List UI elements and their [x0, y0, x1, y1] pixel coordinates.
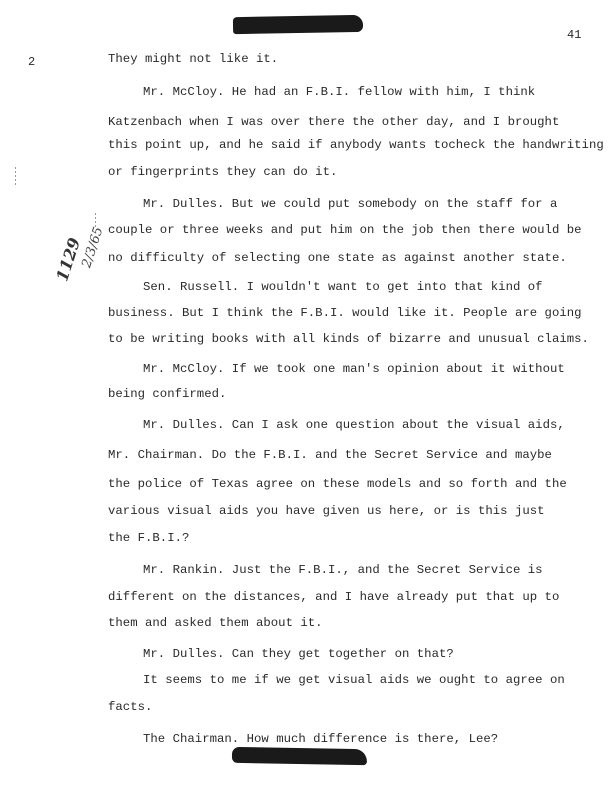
redaction-mark-top — [233, 15, 363, 34]
transcript-line: facts. — [108, 700, 152, 714]
page-number: 41 — [567, 28, 581, 42]
margin-tick — [15, 167, 16, 185]
transcript-line: Mr. Rankin. Just the F.B.I., and the Sec… — [143, 563, 543, 577]
transcript-line: business. But I think the F.B.I. would l… — [108, 306, 582, 320]
transcript-line: Katzenbach when I was over there the oth… — [108, 115, 559, 129]
transcript-line: couple or three weeks and put him on the… — [108, 223, 582, 237]
margin-handwritten-date: 2/3/65 — [79, 225, 106, 269]
transcript-line: Mr. Chairman. Do the F.B.I. and the Secr… — [108, 448, 552, 462]
transcript-line: Mr. Dulles. Can I ask one question about… — [143, 418, 565, 432]
transcript-line: different on the distances, and I have a… — [108, 590, 559, 604]
transcript-line: Mr. Dulles. But we could put somebody on… — [143, 197, 557, 211]
margin-handwritten-number: 1129 — [52, 235, 84, 283]
transcript-line: no difficulty of selecting one state as … — [108, 251, 567, 265]
transcript-line: It seems to me if we get visual aids we … — [143, 673, 565, 687]
transcript-line: to be writing books with all kinds of bi… — [108, 332, 589, 346]
transcript-line: or fingerprints they can do it. — [108, 165, 337, 179]
transcript-line: the F.B.I.? — [108, 531, 189, 545]
transcript-line: Mr. Dulles. Can they get together on tha… — [143, 647, 454, 661]
transcript-line: them and asked them about it. — [108, 616, 323, 630]
transcript-line: being confirmed. — [108, 387, 226, 401]
transcript-line: this point up, and he said if anybody wa… — [108, 138, 604, 152]
transcript-line: They might not like it. — [108, 52, 278, 66]
transcript-line: the police of Texas agree on these model… — [108, 477, 567, 491]
line-marker: 2 — [28, 55, 35, 69]
transcript-line: Mr. McCloy. If we took one man's opinion… — [143, 362, 565, 376]
transcript-line: Mr. McCloy. He had an F.B.I. fellow with… — [143, 85, 535, 99]
transcript-line: various visual aids you have given us he… — [108, 504, 545, 518]
transcript-line: Sen. Russell. I wouldn't want to get int… — [143, 280, 543, 294]
redaction-mark-bottom — [232, 747, 367, 765]
margin-tick — [95, 213, 96, 227]
transcript-line: The Chairman. How much difference is the… — [143, 732, 498, 746]
